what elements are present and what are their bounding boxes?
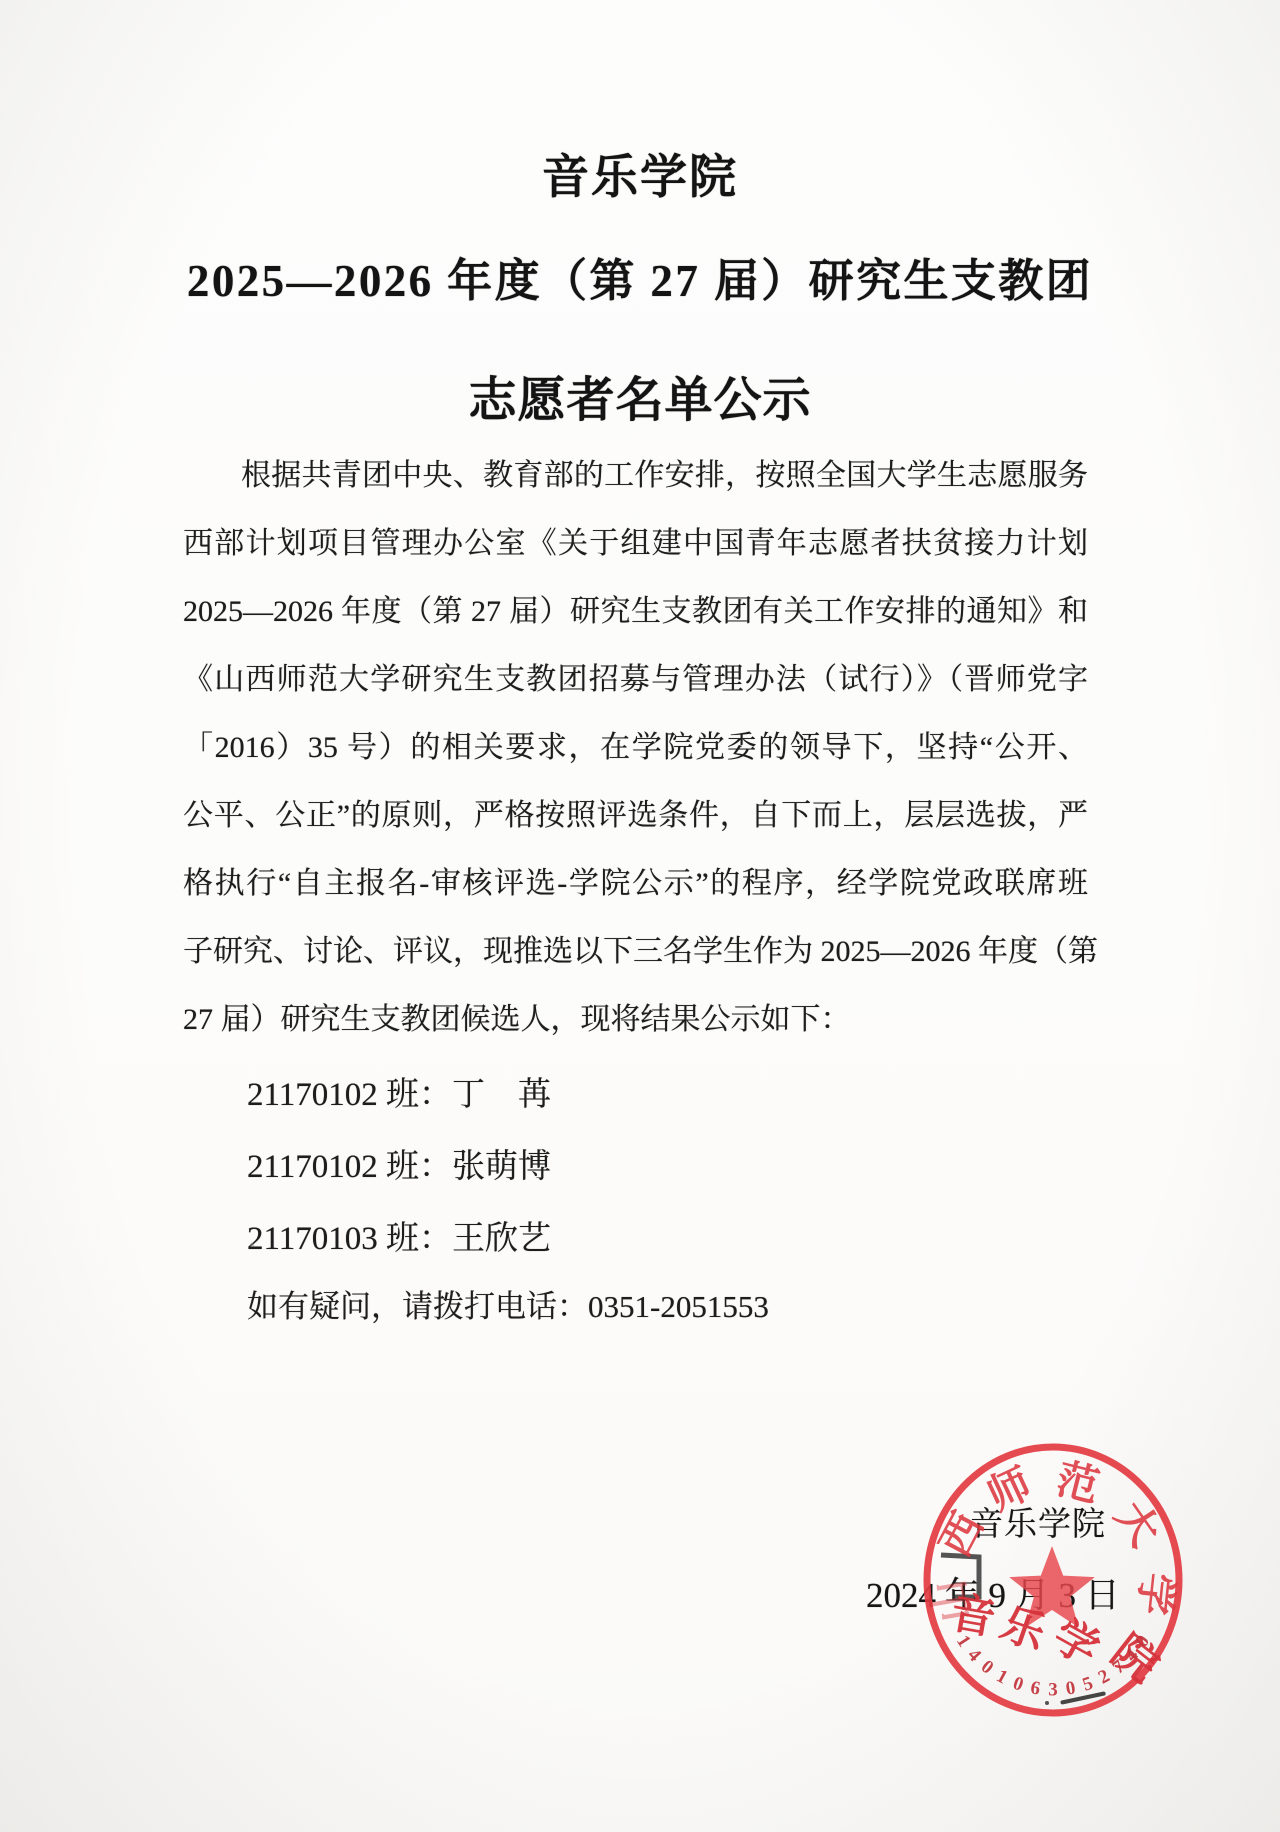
page-subtitle-line1: 2025—2026 年度（第 27 届）研究生支教团 bbox=[0, 255, 1280, 307]
body-line: 公平、公正”的原则，严格按照评选条件，自下而上，层层选拔，严 bbox=[183, 782, 1088, 850]
seal-serial-digit: 0 bbox=[1064, 1677, 1077, 1699]
body-line: 西部计划项目管理办公室《关于组建中国青年志愿者扶贫接力计划 bbox=[183, 510, 1088, 578]
candidate-item: 21170102 班：丁 苒 bbox=[247, 1077, 551, 1113]
seal-serial-digit: 0 bbox=[1010, 1673, 1026, 1696]
body-paragraph: 根据共青团中央、教育部的工作安排，按照全国大学生志愿服务 西部计划项目管理办公室… bbox=[183, 442, 1088, 1054]
seal-ring-char: 范 bbox=[1052, 1456, 1104, 1512]
seal-serial-digit: 1 bbox=[993, 1666, 1011, 1689]
pen-dot-mark bbox=[1045, 1701, 1049, 1705]
seal-serial-digit: 6 bbox=[1029, 1677, 1042, 1699]
document-page: 音乐学院 2025—2026 年度（第 27 届）研究生支教团 志愿者名单公示 … bbox=[0, 0, 1280, 1832]
seal-ring-char: 学 bbox=[1129, 1570, 1180, 1617]
candidate-item: 21170102 班：张萌博 bbox=[247, 1149, 551, 1185]
body-line: 「2016）35 号）的相关要求，在学院党委的领导下，坚持“公开、 bbox=[183, 714, 1088, 782]
candidate-item: 21170103 班：王欣艺 bbox=[247, 1221, 551, 1257]
photo-speck bbox=[250, 1243, 254, 1247]
page-title: 音乐学院 bbox=[0, 152, 1280, 204]
page-subtitle-line2: 志愿者名单公示 bbox=[0, 375, 1280, 427]
body-line: 《山西师范大学研究生支教团招募与管理办法（试行）》（晋师党字 bbox=[183, 646, 1088, 714]
official-seal: 山 西 师 范 大 学 音 乐 学 院 1 4 0 1 0 6 3 0 5 2 … bbox=[913, 1433, 1198, 1733]
body-line: 27 届）研究生支教团候选人，现将结果公示如下： bbox=[183, 986, 1088, 1054]
body-line: 根据共青团中央、教育部的工作安排，按照全国大学生志愿服务 bbox=[183, 442, 1088, 510]
seal-serial-digit: 0 bbox=[977, 1656, 997, 1678]
seal-serial-digit: 4 bbox=[963, 1645, 985, 1667]
contact-phone-line: 如有疑问，请拨打电话：0351-2051553 bbox=[247, 1289, 769, 1325]
seal-unit-char: 学 bbox=[1045, 1611, 1107, 1675]
seal-serial-digit: 3 bbox=[1048, 1680, 1058, 1701]
body-line: 2025—2026 年度（第 27 届）研究生支教团有关工作安排的通知》和 bbox=[183, 578, 1088, 646]
body-line: 格执行“自主报名-审核评选-学院公示”的程序，经学院党政联席班 bbox=[183, 850, 1088, 918]
seal-serial-digit: 5 bbox=[1080, 1673, 1096, 1696]
body-line: 子研究、讨论、评议，现推选以下三名学生作为 2025—2026 年度（第 bbox=[183, 918, 1088, 986]
